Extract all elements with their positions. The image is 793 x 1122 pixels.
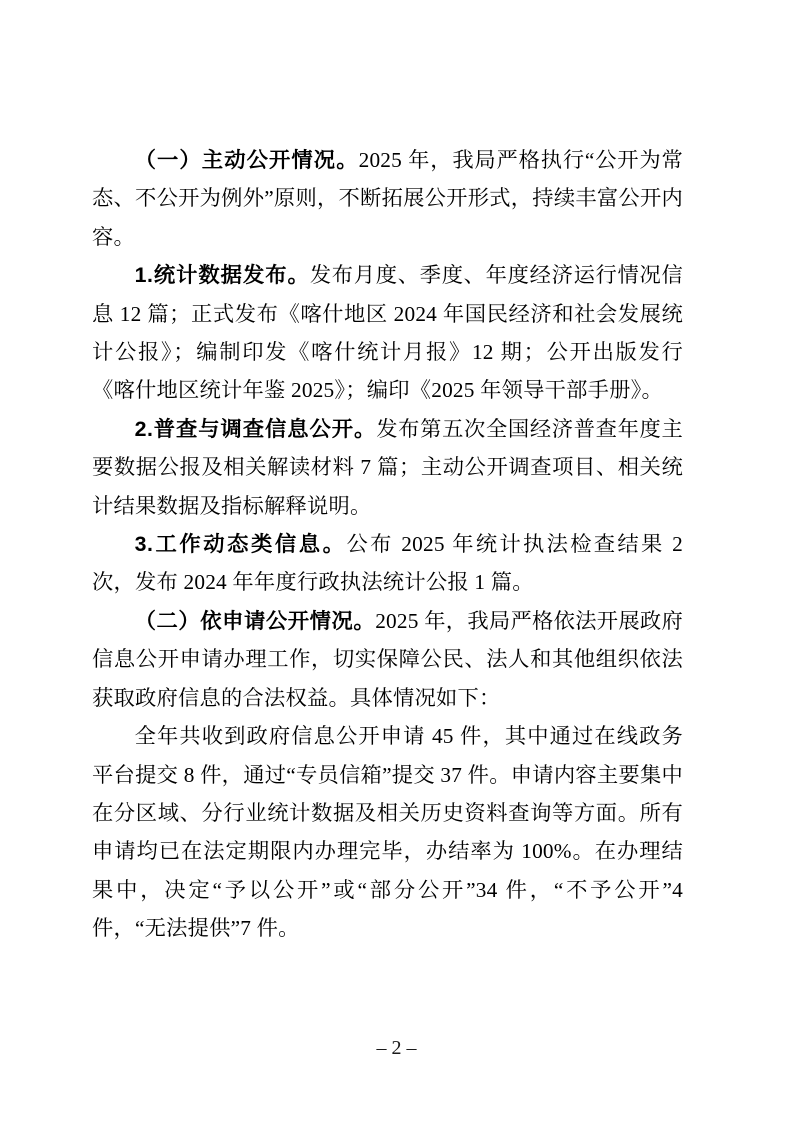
paragraph-request-stats: 全年共收到政府信息公开申请 45 件，其中通过在线政务平台提交 8 件，通过“专… (92, 717, 683, 947)
document-page: （一）主动公开情况。2025 年，我局严格执行“公开为常态、不公开为例外”原则，… (0, 0, 793, 1122)
paragraph-item-3: 3.工作动态类信息。公布 2025 年统计执法检查结果 2 次，发布 2024 … (92, 525, 683, 602)
paragraph-item-1: 1.统计数据发布。发布月度、季度、年度经济运行情况信息 12 篇；正式发布《喀什… (92, 256, 683, 410)
section-1-heading: （一）主动公开情况。 (135, 148, 359, 172)
section-2-heading: （二）依申请公开情况。 (135, 609, 376, 633)
request-stats-text: 全年共收到政府信息公开申请 45 件，其中通过在线政务平台提交 8 件，通过“专… (92, 724, 683, 940)
paragraph-section-1: （一）主动公开情况。2025 年，我局严格执行“公开为常态、不公开为例外”原则，… (92, 141, 683, 256)
paragraph-section-2: （二）依申请公开情况。2025 年，我局严格依法开展政府信息公开申请办理工作，切… (92, 602, 683, 717)
item-2-heading: 2.普查与调查信息公开。 (135, 417, 377, 441)
item-1-heading: 1.统计数据发布。 (135, 263, 310, 287)
paragraph-item-2: 2.普查与调查信息公开。发布第五次全国经济普查年度主要数据公报及相关解读材料 7… (92, 410, 683, 525)
page-footer: – 2 – (0, 1036, 793, 1060)
item-3-heading: 3.工作动态类信息。 (135, 532, 347, 556)
page-number: – 2 – (377, 1037, 417, 1059)
document-body: （一）主动公开情况。2025 年，我局严格执行“公开为常态、不公开为例外”原则，… (92, 141, 683, 948)
